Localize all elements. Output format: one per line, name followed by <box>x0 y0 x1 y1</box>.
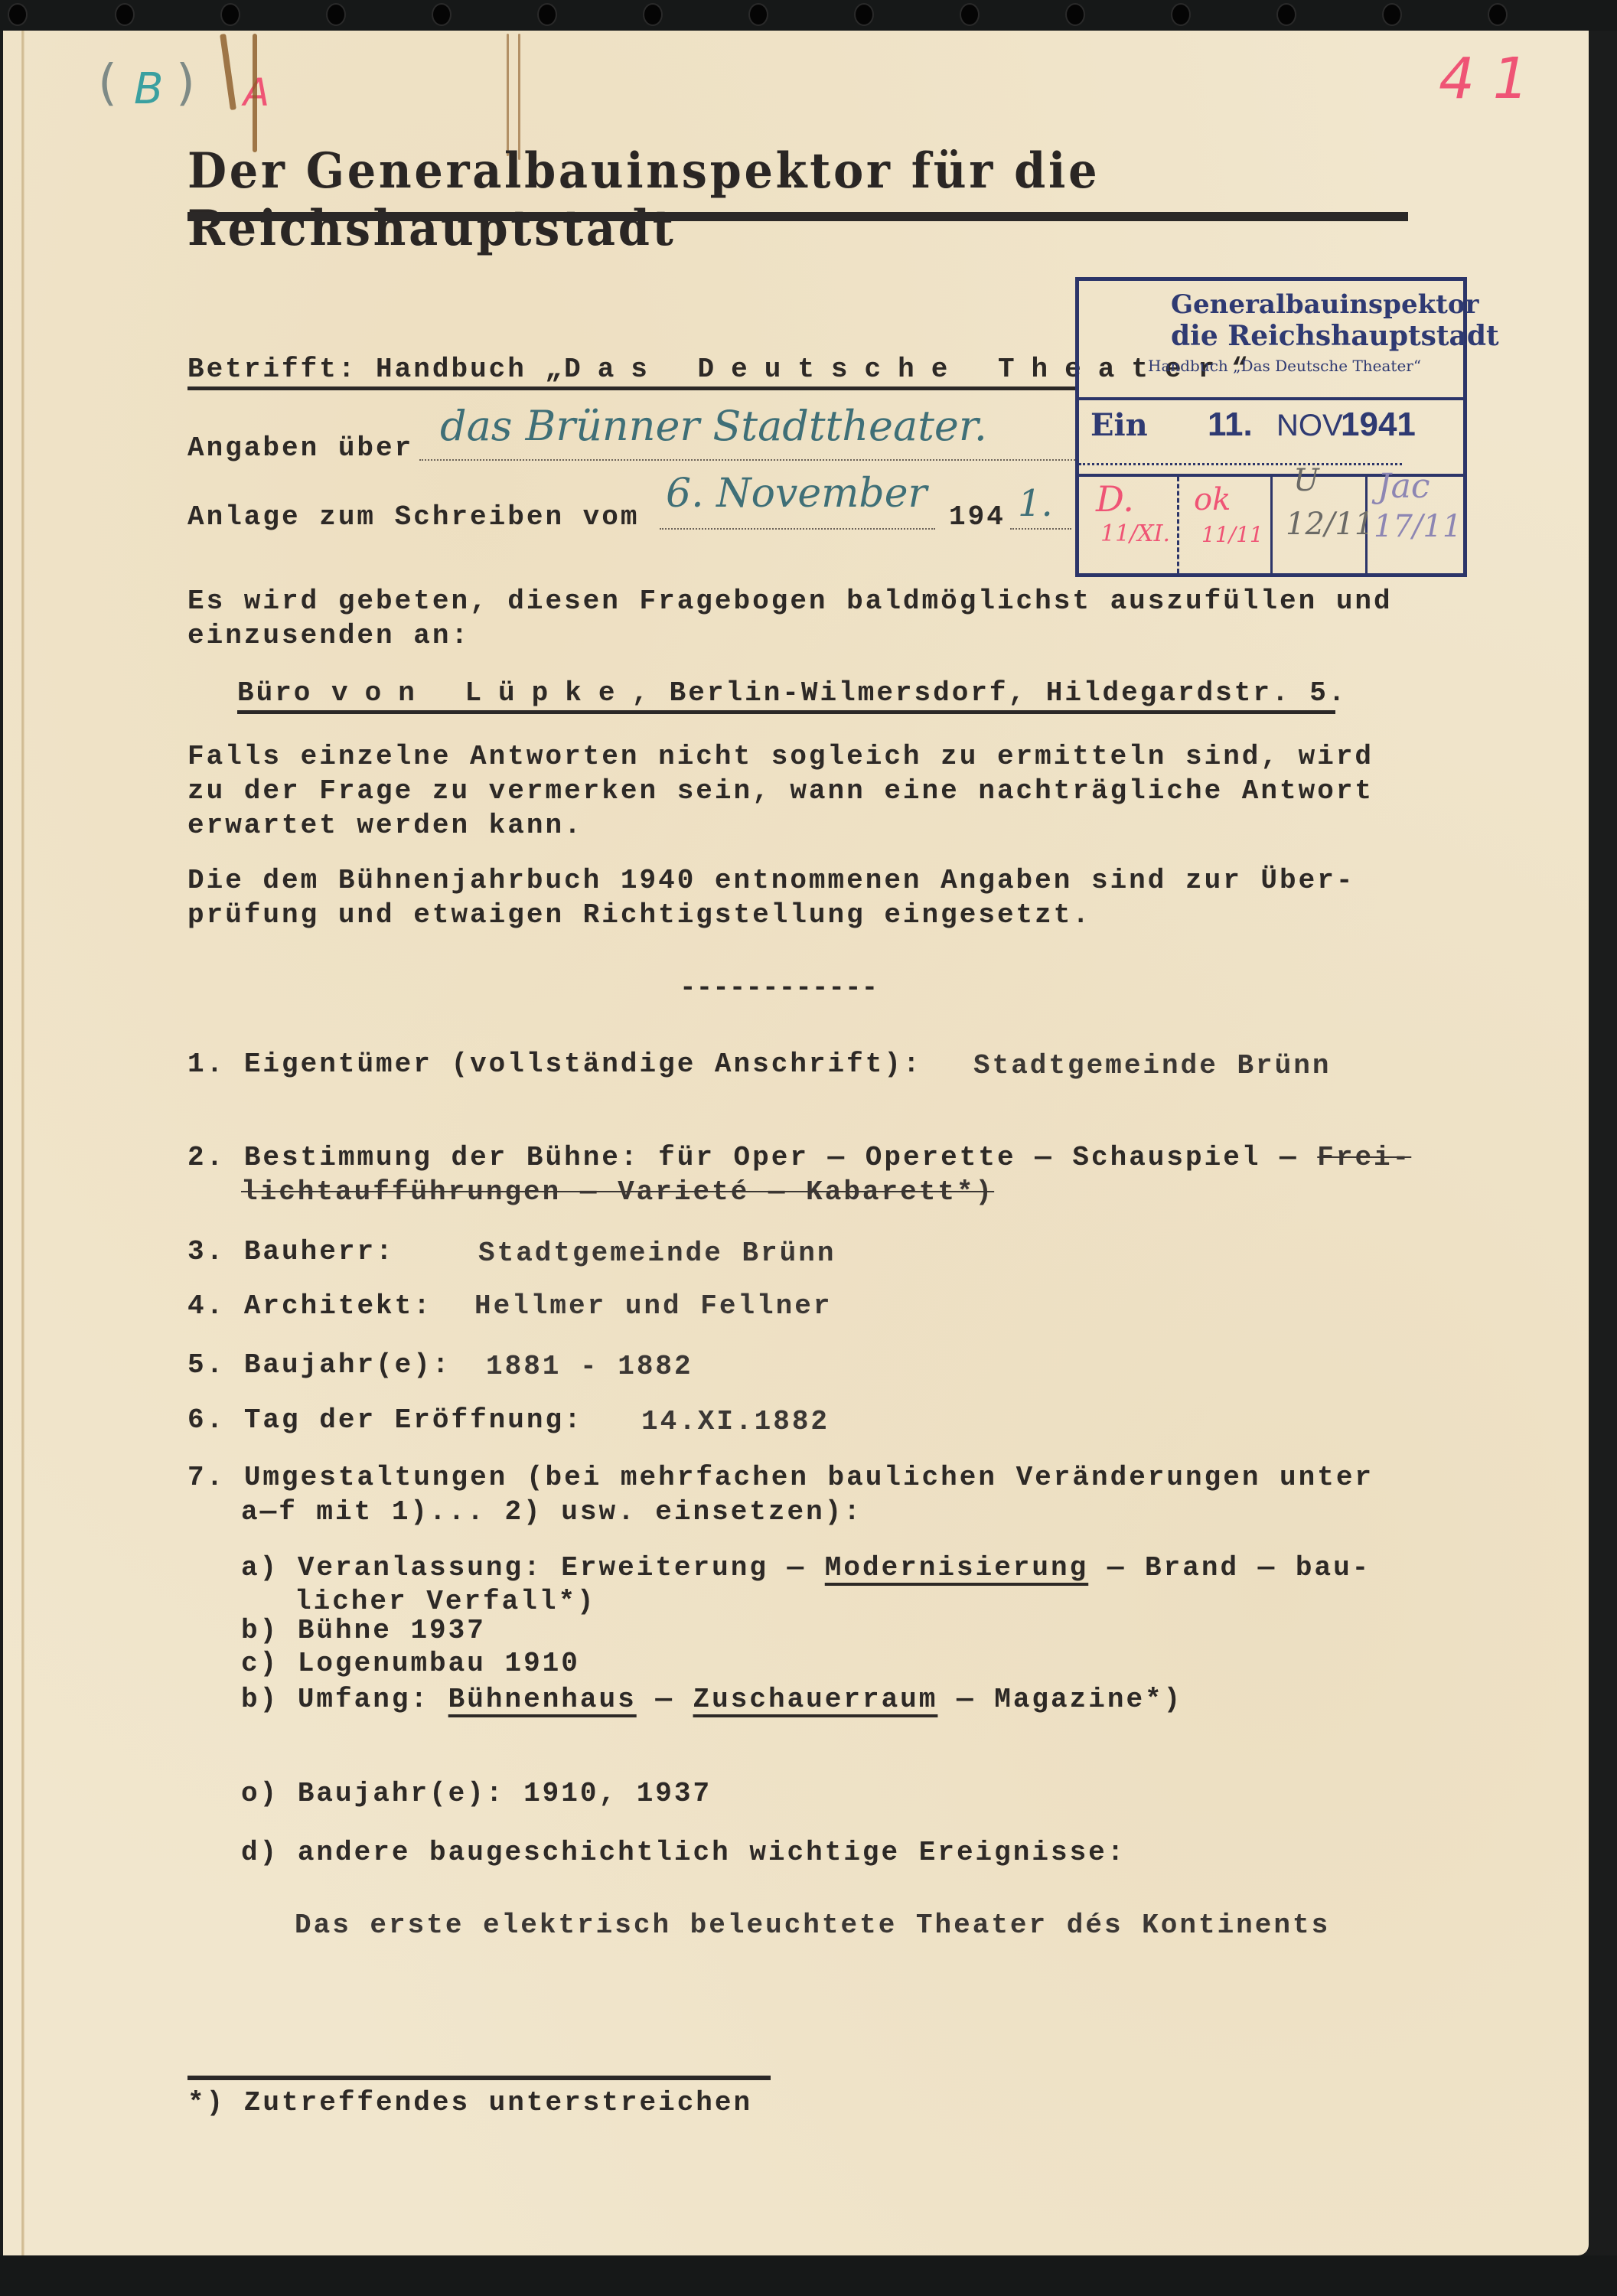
source-line-2: prüfung und etwaigen Richtigstellung ein… <box>187 899 1091 931</box>
answer-architect: Hellmer und Fellner <box>474 1290 832 1322</box>
sub-answer: 1910, 1937 <box>523 1778 712 1809</box>
punch-hole <box>9 5 26 24</box>
question-label: Bauherr: <box>244 1236 395 1267</box>
question-number: 2. <box>187 1142 225 1173</box>
punch-hole <box>644 5 661 24</box>
question-1: 1. Eigentümer (vollständige Anschrift): <box>187 1049 922 1080</box>
stamp-received-day: 11. <box>1208 406 1253 444</box>
punch-hole <box>433 5 450 24</box>
sub-marker: o) <box>241 1778 279 1809</box>
rust-stain <box>518 34 520 160</box>
punch-hole <box>1278 5 1295 24</box>
question-number: 5. <box>187 1349 225 1381</box>
stamp-line2: die Reichshauptstadt <box>1171 320 1499 352</box>
attachment-handwritten-year: 1. <box>1018 482 1053 525</box>
sub-label: Veranlassung: <box>298 1552 543 1583</box>
option-selected: Modernisierung <box>825 1552 1088 1583</box>
about-handwritten-value: das Brünner Stadttheater. <box>440 402 987 450</box>
question-number: 1. <box>187 1049 225 1080</box>
address-office-label: Büro <box>237 677 312 709</box>
option: — Magazine*) <box>957 1684 1182 1715</box>
question-number: 6. <box>187 1404 225 1436</box>
section-separator: ------------ <box>680 972 878 1003</box>
sub-marker: b) <box>241 1615 279 1646</box>
struck-option: Frei- <box>1317 1142 1411 1173</box>
option-selected: Bühnenhaus <box>448 1684 637 1715</box>
punch-hole <box>539 5 556 24</box>
subject-underline <box>187 386 1075 390</box>
stamp-divider <box>1079 397 1463 400</box>
stamp-line1: Generalbauinspektor <box>1171 289 1478 320</box>
punch-hole <box>750 5 767 24</box>
question-7: 7. Umgestaltungen (bei mehrfachen baulic… <box>187 1462 1374 1493</box>
answer-build-years: 1881 - 1882 <box>486 1351 693 1382</box>
sub-answer: Logenumbau 1910 <box>298 1648 580 1679</box>
address-office-name: von Lüpke <box>331 677 631 709</box>
letterhead-title: Der Generalbauinspektor für die Reichsha… <box>187 142 1503 257</box>
attachment-fill-line <box>660 528 935 530</box>
punch-hole <box>1489 5 1506 24</box>
rust-stain <box>507 34 509 156</box>
subject-book-prefix: Handbuch „ <box>376 354 564 385</box>
punch-hole <box>1384 5 1400 24</box>
scanner-bed-top <box>0 0 1617 31</box>
answer-opening-date: 14.XI.1882 <box>641 1406 830 1437</box>
question-label: Baujahr(e): <box>244 1349 452 1381</box>
answer-builder: Stadtgemeinde Brünn <box>478 1238 836 1269</box>
stamp-initial-4: Jac <box>1377 467 1430 506</box>
stamp-initial-1-date: 11/XI. <box>1100 520 1170 547</box>
question-3: 3. Bauherr: <box>187 1236 395 1267</box>
punch-hole <box>116 5 133 24</box>
sub-marker: a) <box>241 1552 279 1583</box>
punch-hole <box>328 5 344 24</box>
page-fold <box>21 31 24 2255</box>
stamp-initial-2: ok <box>1194 482 1231 517</box>
question-label: Umgestaltungen (bei mehrfachen baulichen… <box>244 1462 1374 1493</box>
sub-marker: d) <box>241 1837 279 1868</box>
address-underline <box>237 710 1335 714</box>
answer-owner: Stadtgemeinde Brünn <box>973 1050 1331 1081</box>
sub-answer: Bühne 1937 <box>298 1615 486 1646</box>
q7-c: c) Logenumbau 1910 <box>241 1648 580 1679</box>
attachment-label: Anlage zum Schreiben vom <box>187 501 639 533</box>
question-number: 4. <box>187 1290 225 1322</box>
stamp-column-divider <box>1270 477 1273 573</box>
circled-mark: ) <box>176 55 195 112</box>
question-5: 5. Baujahr(e): <box>187 1349 451 1381</box>
q7-d: d) andere baugeschichtlich wichtige Erei… <box>241 1837 1126 1868</box>
sub-label: andere baugeschichtlich wichtige Ereigni… <box>298 1837 1126 1868</box>
address-rest: , Berlin-Wilmersdorf, Hildegardstr. 5. <box>631 677 1347 709</box>
stamp-initial-4-date: 17/11 <box>1374 509 1462 544</box>
attachment-year-fill-line <box>1010 528 1071 530</box>
subject-label: Betrifft: <box>187 354 357 385</box>
attachment-year-prefix: 194 <box>949 501 1006 533</box>
question-label: Tag der Eröffnung: <box>244 1404 583 1436</box>
sub-label: Umfang: <box>298 1684 429 1715</box>
sub-marker: c) <box>241 1648 279 1679</box>
sub-marker: b) <box>241 1684 279 1715</box>
circled-letter-mark: B <box>134 64 163 114</box>
question-4: 4. Architekt: <box>187 1290 432 1322</box>
circled-mark: ( <box>98 55 117 112</box>
q7-d-answer: Das erste elektrisch beleuchtete Theater… <box>295 1910 1330 1941</box>
sub-label: Baujahr(e): <box>298 1778 505 1809</box>
separator: — <box>655 1684 674 1715</box>
address-line: Büro von Lüpke, Berlin-Wilmersdorf, Hild… <box>237 677 1347 709</box>
request-line-1: Es wird gebeten, diesen Fragebogen baldm… <box>187 585 1393 617</box>
question-label: Bestimmung der Bühne: für Oper — Operett… <box>244 1142 1299 1173</box>
stamp-initial-3: U <box>1293 463 1319 498</box>
question-label: Eigentümer (vollständige Anschrift): <box>244 1049 922 1080</box>
rust-stain <box>253 34 257 152</box>
stamp-line3: Handbuch „Das Deutsche Theater“ <box>1148 357 1421 375</box>
letterhead-rule <box>187 212 1408 221</box>
question-number: 7. <box>187 1462 225 1493</box>
footnote-rule <box>187 2076 771 2080</box>
note-line-1: Falls einzelne Antworten nicht sogleich … <box>187 741 1374 772</box>
q7-b1: b) Bühne 1937 <box>241 1615 486 1646</box>
q7-a-line-2: licher Verfall*) <box>295 1586 596 1617</box>
punch-hole <box>222 5 239 24</box>
attachment-handwritten-date: 6. November <box>666 471 927 517</box>
stamp-initial-1: D. <box>1096 478 1134 520</box>
question-6: 6. Tag der Eröffnung: <box>187 1404 583 1436</box>
punch-hole <box>1067 5 1084 24</box>
request-line-2: einzusenden an: <box>187 620 470 651</box>
option: Erweiterung — <box>561 1552 806 1583</box>
stamp-received-month: NOV <box>1276 409 1343 443</box>
stamp-initial-3-date: 12/11 <box>1286 507 1374 542</box>
option-selected: Zuschauerraum <box>693 1684 938 1715</box>
question-number: 3. <box>187 1236 225 1267</box>
option: — Brand — bau- <box>1107 1552 1371 1583</box>
q7-a: a) Veranlassung: Erweiterung — Modernisi… <box>241 1552 1371 1583</box>
question-7-line-2: a—f mit 1)... 2) usw. einsetzen): <box>241 1496 862 1528</box>
footnote: *) Zutreffendes unterstreichen <box>187 2087 752 2118</box>
red-pencil-mark: 4 1 <box>1439 46 1529 112</box>
stamp-received-label: Ein <box>1090 407 1148 443</box>
q7-b2: b) Umfang: Bühnenhaus — Zuschauerraum — … <box>241 1684 1182 1715</box>
about-label: Angaben über <box>187 432 413 464</box>
scanner-bed-bottom <box>0 2255 1617 2296</box>
stamp-dotted-divider <box>1079 463 1402 465</box>
question-label: Architekt: <box>244 1290 432 1322</box>
about-fill-line <box>419 459 1075 461</box>
stamp-initial-2-date: 11/11 <box>1201 522 1263 547</box>
struck-options-line: lichtaufführungen — Varieté — Kabarett*) <box>241 1176 994 1208</box>
note-line-2: zu der Frage zu vermerken sein, wann ein… <box>187 775 1374 807</box>
q7-o: o) Baujahr(e): 1910, 1937 <box>241 1778 712 1809</box>
punch-hole <box>1172 5 1189 24</box>
punch-hole <box>961 5 978 24</box>
source-line-1: Die dem Bühnenjahrbuch 1940 entnommenen … <box>187 865 1355 896</box>
stamp-received-year: 1941 <box>1341 406 1416 444</box>
stamp-column-divider <box>1177 477 1179 573</box>
punch-hole <box>856 5 872 24</box>
note-line-3: erwartet werden kann. <box>187 810 583 841</box>
question-2: 2. Bestimmung der Bühne: für Oper — Oper… <box>187 1142 1411 1173</box>
